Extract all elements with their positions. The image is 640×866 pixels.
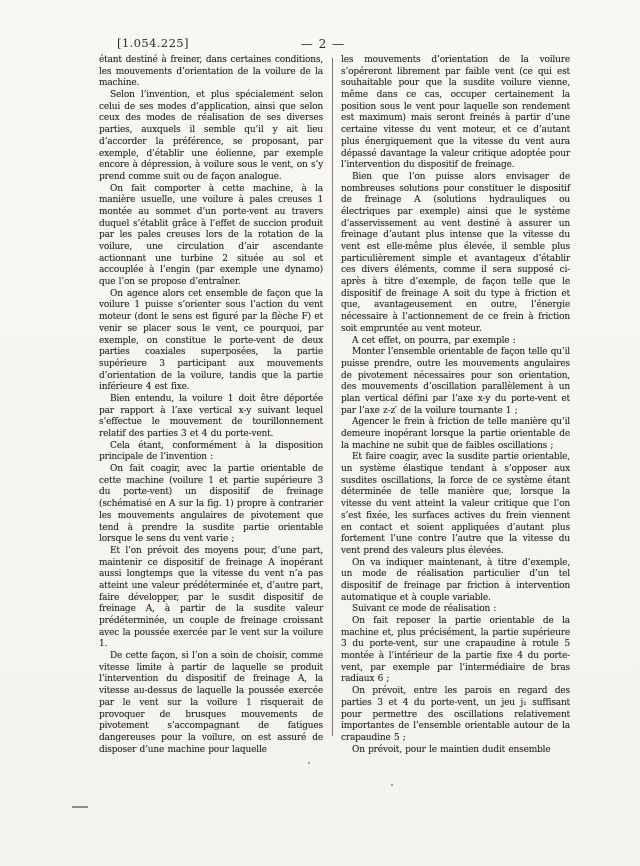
page-number: — 2 — <box>283 37 363 51</box>
paragraph: Selon l’invention, et plus spécialement … <box>99 90 323 184</box>
paragraph: Monter l’ensemble orientable de façon te… <box>341 347 570 417</box>
scan-artifact-dash <box>72 806 88 808</box>
patent-number: [1.054.225] <box>117 36 189 50</box>
paragraph: On prévoit, entre les parois en regard d… <box>341 686 570 744</box>
paragraph: On prévoit, pour le maintien dudit ensem… <box>341 745 570 757</box>
paragraph: Bien entendu, la voilure 1 doit être dép… <box>99 394 323 441</box>
paragraph: Bien que l’on puisse alors envisager de … <box>341 172 570 336</box>
paragraph: les mouvements d’orientation de la voilu… <box>341 55 570 172</box>
patent-scan-page: [1.054.225] — 2 — étant destiné à freine… <box>0 0 640 866</box>
paragraph: On agence alors cet ensemble de façon qu… <box>99 289 323 394</box>
right-text-column: les mouvements d’orientation de la voilu… <box>341 55 570 756</box>
paragraph: Agencer le frein à friction de telle man… <box>341 417 570 452</box>
paragraph: étant destiné à freiner, dans certaines … <box>99 55 323 90</box>
scan-speck <box>391 784 393 786</box>
paragraph: On fait coagir, avec la partie orientabl… <box>99 464 323 546</box>
paragraph: Et l’on prévoit des moyens pour, d’une p… <box>99 546 323 651</box>
left-text-column: étant destiné à freiner, dans certaines … <box>99 55 323 756</box>
paragraph: Cela étant, conformément à la dispositio… <box>99 441 323 464</box>
paragraph: On fait comporter à cette machine, à la … <box>99 184 323 289</box>
paragraph: On fait reposer la partie orientable de … <box>341 616 570 686</box>
paragraph: Et faire coagir, avec la susdite partie … <box>341 452 570 557</box>
scan-speck <box>308 762 310 764</box>
paragraph: A cet effet, on pourra, par exemple : <box>341 336 570 348</box>
paragraph: On va indiquer maintenant, à titre d’exe… <box>341 558 570 605</box>
paragraph: De cette façon, si l’on a soin de choisi… <box>99 651 323 756</box>
column-divider-rule <box>332 58 333 736</box>
paragraph: Suivant ce mode de réalisation : <box>341 604 570 616</box>
